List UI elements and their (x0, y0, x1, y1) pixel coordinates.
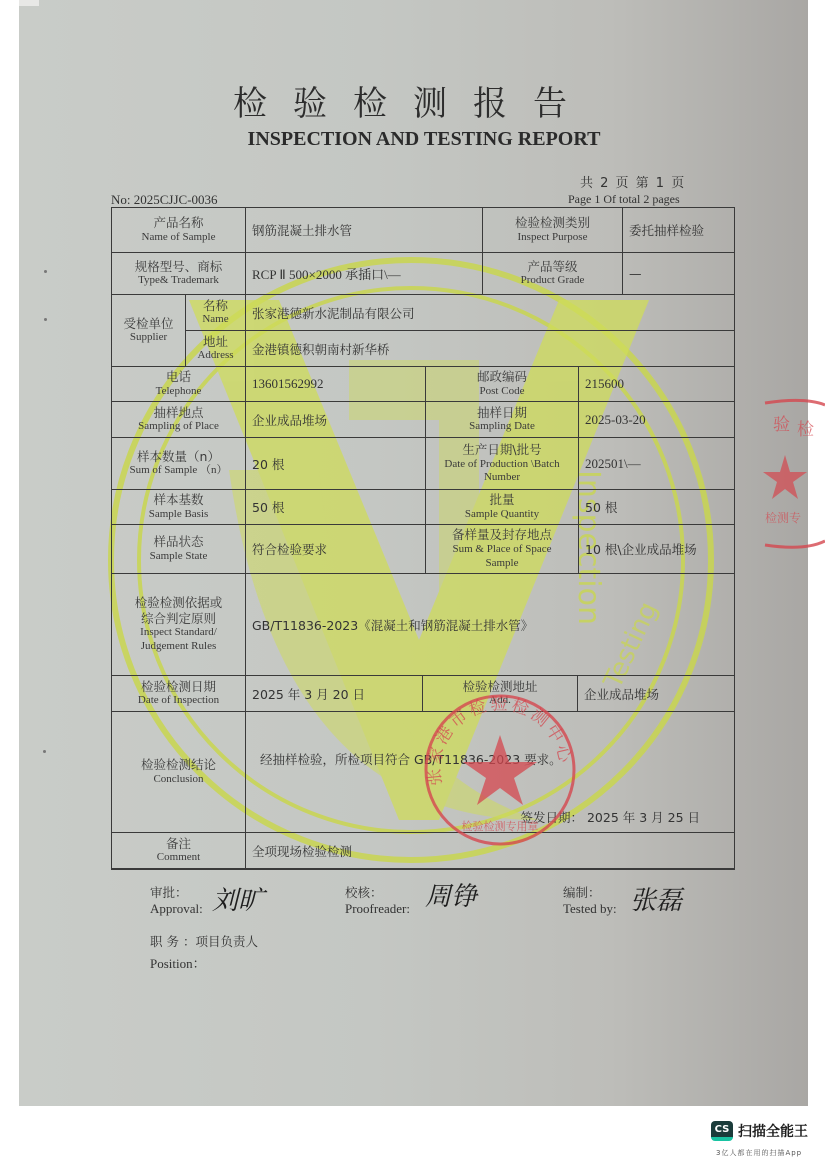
label-cn: 检验检测结论 (141, 757, 216, 773)
label-supplier: 受检单位 Supplier (111, 294, 186, 367)
label-cn: 审批： (150, 885, 203, 901)
label-en: Inspect Standard/ (140, 626, 217, 640)
value-name-of-sample: 钢筋混凝土排水管 (245, 207, 483, 253)
label-en: Date of Production \Batch Number (426, 458, 578, 486)
label-en: Post Code (480, 385, 525, 399)
label-cn: 编制： (563, 885, 617, 901)
label-en: Date of Inspection (138, 694, 219, 708)
label-cn: 批量 (489, 492, 514, 508)
proofreader-label: 校核： Proofreader: (345, 885, 410, 918)
label-en: Proofreader: (345, 901, 410, 918)
label-cn: 抽样地点 (153, 405, 203, 421)
page-indicator-en: Page 1 Of total 2 pages (568, 192, 680, 207)
label-cn: 检验检测类别 (515, 215, 590, 231)
camscanner-tagline: 3亿人都在用的扫描App (716, 1148, 802, 1158)
label-spare-sample: 备样量及封存地点 Sum & Place of Space Sample (425, 524, 579, 574)
label-inspection-date: 检验检测日期 Date of Inspection (111, 675, 246, 712)
label-en: Product Grade (521, 274, 585, 288)
page-indicator-cn: 共 2 页 第 1 页 (580, 172, 684, 191)
report-number: No: 2025CJJC-0036 (111, 192, 218, 208)
position-cn: 职 务 ：项目负责人 (150, 932, 258, 950)
label-sampling-date: 抽样日期 Sampling Date (425, 401, 579, 438)
label-en: Comment (157, 851, 200, 865)
value-inspection-address: 企业成品堆场 (577, 675, 735, 712)
proofreader-signature: 周铮 (425, 876, 477, 913)
label-en: Inspect Purpose (518, 231, 588, 245)
value-comment: 全项现场检验检测 (245, 832, 735, 870)
value-inspection-date: 2025 年 3 月 20 日 (245, 675, 423, 712)
label-cn: 地址 (203, 334, 228, 350)
value-supplier-name: 张家港德新水泥制品有限公司 (245, 294, 735, 331)
label-sampling-place: 抽样地点 Sampling of Place (111, 401, 246, 438)
camscanner-icon: CS (711, 1121, 733, 1141)
label-post-code: 邮政编码 Post Code (425, 366, 579, 402)
margin-mark (44, 318, 47, 321)
label-en: Tested by: (563, 901, 617, 918)
page-corner (19, 0, 39, 6)
label-en: Sample Quantity (465, 508, 539, 522)
value-sum-of-sample: 20 根 (245, 437, 426, 490)
label-en: Sum of Sample （n） (129, 464, 227, 478)
label-cn: 产品等级 (527, 259, 577, 275)
value-sampling-place: 企业成品堆场 (245, 401, 426, 438)
label-production-batch: 生产日期\批号 Date of Production \Batch Number (425, 437, 579, 490)
label-cn: 抽样日期 (477, 405, 527, 421)
label-en: Sampling of Place (138, 420, 219, 434)
approval-label: 审批： Approval: (150, 885, 203, 918)
value-telephone: 13601562992 (245, 366, 426, 402)
label-en: Name of Sample (142, 231, 216, 245)
label-en: Supplier (130, 331, 167, 345)
label-name-of-sample: 产品名称 Name of Sample (111, 207, 246, 253)
label-supplier-address: 地址 Address (185, 330, 246, 367)
value-sample-state: 符合检验要求 (245, 524, 426, 574)
position-en: Position： (150, 953, 206, 972)
tested-by-signature: 张磊 (630, 880, 682, 917)
value-production-batch: 202501\— (578, 437, 735, 490)
label-conclusion: 检验检测结论 Conclusion (111, 711, 246, 833)
camscanner-brand: CS 扫描全能王 (711, 1121, 808, 1141)
label-en: Sample Basis (149, 508, 209, 522)
tested-by-label: 编制： Tested by: (563, 885, 617, 918)
report-table: 产品名称 Name of Sample 钢筋混凝土排水管 检验检测类别 Insp… (111, 207, 735, 870)
value-sample-quantity: 50 根 (578, 489, 735, 525)
label-cn: 受检单位 (123, 316, 173, 332)
label-type-trademark: 规格型号、商标 Type& Trademark (111, 252, 246, 295)
report-title-cn: 检验检测报告 (0, 76, 826, 125)
label-cn: 规格型号、商标 (135, 259, 223, 275)
label-cn: 备注 (166, 836, 191, 852)
label-en: Conclusion (153, 773, 203, 787)
value-supplier-address: 金港镇德积朝南村新华桥 (245, 330, 735, 367)
label-cn: 名称 (203, 298, 228, 314)
label-inspect-purpose: 检验检测类别 Inspect Purpose (482, 207, 623, 253)
label-en: Add. (489, 694, 511, 708)
label-inspection-address: 检验检测地址 Add. (422, 675, 578, 712)
value-inspect-purpose: 委托抽样检验 (622, 207, 735, 253)
label-sample-state: 样品状态 Sample State (111, 524, 246, 574)
label-sample-quantity: 批量 Sample Quantity (425, 489, 579, 525)
label-cn: 检验检测依据或 (135, 595, 223, 611)
label-cn: 样本基数 (153, 492, 203, 508)
label-product-grade: 产品等级 Product Grade (482, 252, 623, 295)
label-telephone: 电话 Telephone (111, 366, 246, 402)
label-en: Name (202, 313, 228, 327)
issue-date: 签发日期： 2025 年 3 月 25 日 (520, 808, 700, 826)
label-sample-basis: 样本基数 Sample Basis (111, 489, 246, 525)
margin-mark (44, 270, 47, 273)
label-cn: 邮政编码 (477, 369, 527, 385)
label-cn: 电话 (166, 369, 191, 385)
label-cn: 校核： (345, 885, 410, 901)
label-supplier-name: 名称 Name (185, 294, 246, 331)
label-cn: 样品状态 (153, 534, 203, 550)
label-en: Sampling Date (469, 420, 535, 434)
approval-signature: 刘旷 (212, 880, 264, 917)
margin-mark (43, 750, 46, 753)
label-sum-of-sample: 样本数量（n） Sum of Sample （n） (111, 437, 246, 490)
report-title-en: INSPECTION AND TESTING REPORT (0, 128, 826, 151)
value-spare-sample: 10 根\企业成品堆场 (578, 524, 735, 574)
label-standard: 检验检测依据或 综合判定原则 Inspect Standard/ Judgeme… (111, 573, 246, 676)
value-conclusion: 经抽样检验，所检项目符合 GB/T11836-2023 要求。 (260, 750, 562, 768)
value-standard: GB/T11836-2023《混凝土和钢筋混凝土排水管》 (245, 573, 735, 676)
value-conclusion-cell: 经抽样检验，所检项目符合 GB/T11836-2023 要求。 签发日期： 20… (245, 711, 735, 833)
label-en: Telephone (156, 385, 202, 399)
label-cn: 样本数量（n） (137, 449, 220, 465)
label-cn: 备样量及封存地点 (452, 527, 552, 543)
label-cn: 检验检测地址 (462, 679, 537, 695)
value-sampling-date: 2025-03-20 (578, 401, 735, 438)
camscanner-name: 扫描全能王 (738, 1121, 808, 1141)
label-comment: 备注 Comment (111, 832, 246, 870)
value-type-trademark: RCP Ⅱ 500×2000 承插口\— (245, 252, 483, 295)
label-en: Sum & Place of Space Sample (426, 543, 578, 571)
label-en: Judgement Rules (141, 640, 216, 654)
value-product-grade: — (622, 252, 735, 295)
label-cn: 产品名称 (153, 215, 203, 231)
label-en: Approval: (150, 901, 203, 918)
value-sample-basis: 50 根 (245, 489, 426, 525)
label-cn: 检验检测日期 (141, 679, 216, 695)
label-en: Type& Trademark (138, 274, 219, 288)
label-cn: 综合判定原则 (141, 611, 216, 627)
label-en: Address (197, 349, 233, 363)
label-en: Sample State (150, 550, 208, 564)
value-post-code: 215600 (578, 366, 735, 402)
label-cn: 生产日期\批号 (462, 442, 541, 458)
